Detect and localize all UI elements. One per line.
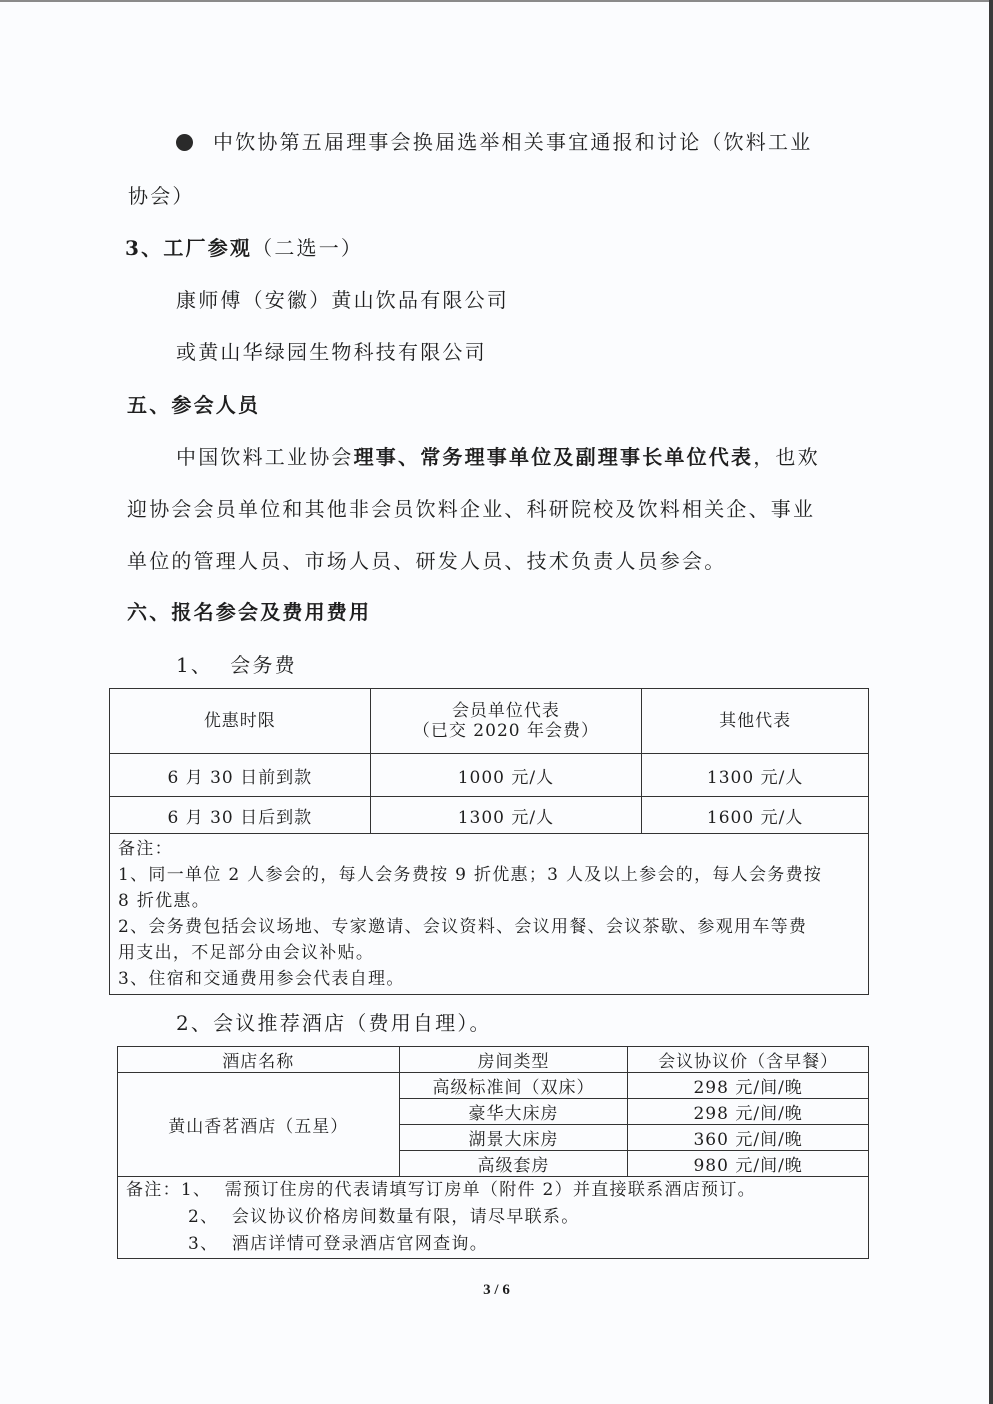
factory-visit-heading: 3、工厂参观（二选一） <box>125 235 363 261</box>
scan-edge-top <box>0 0 993 2</box>
factory-option-2: 或黄山华绿园生物科技有限公司 <box>176 339 487 365</box>
section5-para-line2: 迎协会会员单位和其他非会员饮料企业、科研院校及饮料相关企、事业 <box>127 496 815 522</box>
section5-para-suffix: ，也欢 <box>753 445 820 469</box>
hotel-table: 酒店名称 房间类型 会议协议价（含早餐） 黄山香茗酒店（五星） 高级标准间（双床… <box>117 1046 869 1259</box>
hotel-name-cell: 黄山香茗酒店（五星） <box>118 1073 400 1177</box>
fee-note-line: 备注： <box>118 836 860 862</box>
hotel-room-row: 黄山香茗酒店（五星） 高级标准间（双床） 298 元/间/晚 <box>118 1073 869 1099</box>
hotel-note-line: 2、 会议协议价格房间数量有限，请尽早联系。 <box>126 1204 860 1231</box>
hotel-notes-row: 备注：1、 需预订住房的代表请填写订房单（附件 2）并直接联系酒店预订。 2、 … <box>118 1177 869 1259</box>
fee-header-other: 其他代表 <box>642 689 869 754</box>
section5-para-prefix: 中国饮料工业协会 <box>176 445 354 469</box>
agenda-text-line1: 中饮协第五届理事会换届选举相关事宜通报和讨论（饮料工业 <box>213 130 812 154</box>
fee-header-member-line1: 会员单位代表 <box>371 701 642 721</box>
hotel-notes-cell: 备注：1、 需预订住房的代表请填写订房单（附件 2）并直接联系酒店预订。 2、 … <box>118 1177 869 1259</box>
factory-visit-title: 3、工厂参观 <box>125 236 252 260</box>
fee-notes-cell: 备注： 1、同一单位 2 人参会的，每人会务费按 9 折优惠；3 人及以上参会的… <box>110 834 869 995</box>
fee-cell-other: 1600 元/人 <box>642 797 869 834</box>
fee-header-member-line2: （已交 2020 年会费） <box>371 721 642 741</box>
fee-header-member: 会员单位代表 （已交 2020 年会费） <box>370 689 642 754</box>
hotel-note-line: 备注：1、 需预订住房的代表请填写订房单（附件 2）并直接联系酒店预订。 <box>126 1177 860 1204</box>
hotel-note-line: 3、 酒店详情可登录酒店官网查询。 <box>126 1231 860 1258</box>
fee-subheading: 1、 会务费 <box>176 652 297 678</box>
fee-cell-member: 1300 元/人 <box>370 797 642 834</box>
room-price-cell: 980 元/间/晚 <box>628 1151 869 1177</box>
fee-note-line: 8 折优惠。 <box>118 888 860 914</box>
fee-note-line: 3、住宿和交通费用参会代表自理。 <box>118 966 860 992</box>
factory-option-1: 康师傅（安徽）黄山饮品有限公司 <box>176 287 509 313</box>
bullet-icon <box>176 134 193 151</box>
fee-note-line: 1、同一单位 2 人参会的，每人会务费按 9 折优惠；3 人及以上参会的，每人会… <box>118 862 860 888</box>
room-price-cell: 298 元/间/晚 <box>628 1073 869 1099</box>
room-type-cell: 高级套房 <box>399 1151 628 1177</box>
factory-visit-note: （二选一） <box>252 236 363 260</box>
fee-cell-period: 6 月 30 日后到款 <box>110 797 371 834</box>
page-number: 3 / 6 <box>0 1282 993 1299</box>
fee-cell-member: 1000 元/人 <box>370 754 642 797</box>
hotel-header-name: 酒店名称 <box>118 1047 400 1073</box>
fee-cell-period: 6 月 30 日前到款 <box>110 754 371 797</box>
fee-table-header-row: 优惠时限 会员单位代表 （已交 2020 年会费） 其他代表 <box>110 689 869 754</box>
hotel-header-price: 会议协议价（含早餐） <box>628 1047 869 1073</box>
agenda-text-line2: 协会） <box>128 183 195 209</box>
fee-cell-other: 1300 元/人 <box>642 754 869 797</box>
room-type-cell: 湖景大床房 <box>399 1125 628 1151</box>
room-price-cell: 360 元/间/晚 <box>628 1125 869 1151</box>
section6-heading: 六、报名参会及费用费用 <box>127 599 371 625</box>
fee-table-row: 6 月 30 日前到款 1000 元/人 1300 元/人 <box>110 754 869 797</box>
hotel-table-header-row: 酒店名称 房间类型 会议协议价（含早餐） <box>118 1047 869 1073</box>
scan-edge-right <box>989 0 993 1404</box>
section5-para-line1: 中国饮料工业协会理事、常务理事单位及副理事长单位代表，也欢 <box>176 444 820 470</box>
fee-notes-row: 备注： 1、同一单位 2 人参会的，每人会务费按 9 折优惠；3 人及以上参会的… <box>110 834 869 995</box>
hotel-subheading: 2、会议推荐酒店（费用自理）。 <box>176 1010 492 1036</box>
hotel-header-room-type: 房间类型 <box>399 1047 628 1073</box>
room-type-cell: 高级标准间（双床） <box>399 1073 628 1099</box>
room-type-cell: 豪华大床房 <box>399 1099 628 1125</box>
room-price-cell: 298 元/间/晚 <box>628 1099 869 1125</box>
fee-header-period: 优惠时限 <box>110 689 371 754</box>
fee-note-line: 用支出，不足部分由会议补贴。 <box>118 940 860 966</box>
section5-para-line3: 单位的管理人员、市场人员、研发人员、技术负责人员参会。 <box>127 548 726 574</box>
fee-table-row: 6 月 30 日后到款 1300 元/人 1600 元/人 <box>110 797 869 834</box>
section5-para-bold: 理事、常务理事单位及副理事长单位代表 <box>354 445 754 469</box>
agenda-bullet-item: 中饮协第五届理事会换届选举相关事宜通报和讨论（饮料工业 <box>176 129 812 155</box>
section5-heading: 五、参会人员 <box>127 392 260 418</box>
fee-table: 优惠时限 会员单位代表 （已交 2020 年会费） 其他代表 6 月 30 日前… <box>109 688 869 995</box>
fee-note-line: 2、会务费包括会议场地、专家邀请、会议资料、会议用餐、会议茶歇、参观用车等费 <box>118 914 860 940</box>
